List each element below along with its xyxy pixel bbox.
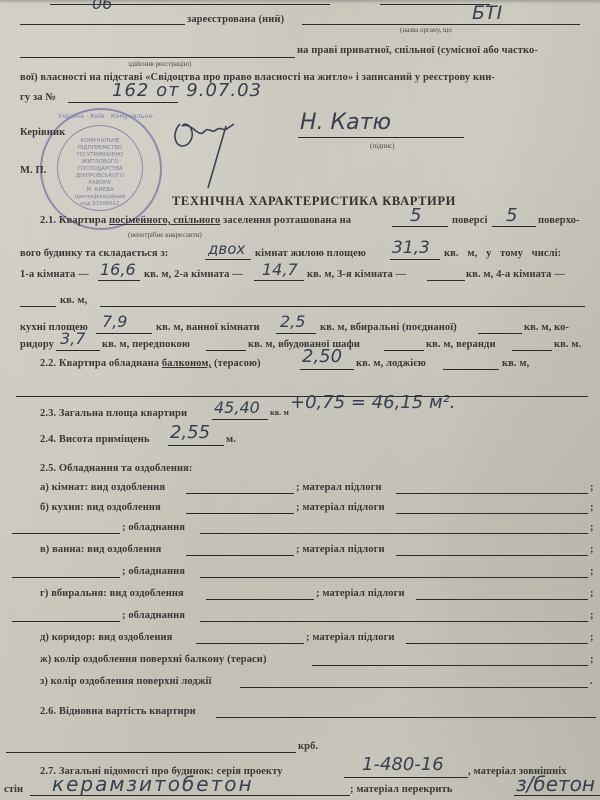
finish-line: [196, 643, 304, 644]
stamp-line: ПО УТРИМАННЮ: [64, 152, 136, 159]
loggia-unit: кв. м,: [502, 358, 529, 369]
room2-label: кв. м, 2-а кімната —: [144, 269, 243, 280]
floor-material-line: [396, 555, 588, 556]
height-unit: м.: [226, 434, 236, 445]
room2-line: [254, 280, 304, 281]
blank-line: [12, 533, 120, 534]
restore-value-label: 2.6. Відновна вартість квартири: [40, 706, 196, 717]
series-line: [344, 777, 468, 778]
stamp-text: КОМУНАЛЬНЕ ПІДПРИЄМСТВО ПО УТРИМАННЮ ЖИТ…: [64, 138, 136, 208]
project-series: 1-480-16: [362, 754, 444, 775]
row-label: б) кухня: вид оздоблення: [40, 502, 161, 513]
blank-line: [12, 577, 120, 578]
s21-line2-c: кв. м, у тому числі:: [444, 248, 561, 259]
loggia-line: [443, 369, 499, 370]
basis-text-2: і записаний у реєстрову кни-: [353, 72, 495, 83]
total-area-value: 45,40: [214, 398, 260, 417]
signature-scribble: [168, 104, 268, 194]
veranda-label: кв. м, веранди: [426, 339, 496, 350]
corridor-pre: кв. м, ко-: [524, 322, 569, 333]
row-label: ж) колір оздоблення поверхні балкону (те…: [40, 654, 267, 665]
currency-label: крб.: [298, 741, 318, 752]
room1-value: 16,6: [100, 260, 136, 279]
row-mid-label: ; обладнання: [122, 566, 185, 577]
walls-prefix: стін: [4, 784, 23, 795]
seal-label: М. П.: [20, 165, 46, 176]
room1-line: [98, 280, 140, 281]
corridor-label: ридору: [20, 339, 54, 350]
extra-line: [100, 306, 585, 307]
toilet-line: [478, 333, 522, 334]
hall-label: кв. м, передпокою: [102, 339, 190, 350]
floors-total-line: [492, 226, 536, 227]
registered-line-left: [20, 24, 185, 25]
row-mid-label: ; матеріал підлоги: [296, 544, 385, 555]
row-end: ;: [590, 482, 594, 493]
corridor-value: 3,7: [60, 329, 85, 348]
kitchen-value: 7,9: [102, 312, 127, 331]
head-label: Керівник: [20, 127, 65, 138]
signature-line: [298, 137, 464, 138]
floor-material-line: [396, 493, 588, 494]
ceiling-label: ; матеріал перекрить: [350, 784, 452, 795]
s21-line2-b: кімнат жилою площею: [255, 248, 366, 259]
registered-label: зареєстрована (ний): [187, 14, 284, 25]
stamp-line: М. КИЄВА: [64, 187, 136, 194]
s22-text-b: (терасою): [211, 358, 260, 369]
s22-text: 2.2. Квартира обладнана балконом, (терас…: [40, 358, 261, 369]
signature-hint: (підпис): [370, 142, 395, 150]
row-end: ;: [590, 522, 594, 533]
floor-material-line: [406, 643, 588, 644]
stamp-line: ідентифікаційний: [64, 194, 136, 201]
s21-underlined: посімейного, спільного: [109, 215, 220, 226]
restore-value-line: [216, 717, 596, 718]
row-mid-label: ; матеріал підлоги: [306, 632, 395, 643]
organ-hint-1: (назва органу, що: [400, 26, 452, 34]
row-mid-label: ; матеріал підлоги: [296, 502, 385, 513]
row-mid-label: ; обладнання: [122, 610, 185, 621]
top-handwritten: 06: [92, 0, 112, 13]
living-area: 31,3: [392, 238, 430, 258]
color-line: [240, 687, 588, 688]
s22-underlined: балконом,: [162, 358, 211, 369]
row-mid-label: ; матеріал підлоги: [316, 588, 405, 599]
kitchen-line: [96, 333, 152, 334]
bath-line: [276, 333, 316, 334]
organ-hint-2: здійснив реєстрацію): [128, 60, 191, 68]
height-value: 2,55: [170, 422, 210, 443]
room3-label: кв. м, 3-я кімната —: [307, 269, 406, 280]
s22-text-a: 2.2. Квартира обладнана: [40, 358, 162, 369]
book-no-line: [68, 102, 178, 103]
room4-unit: кв. м,: [60, 295, 87, 306]
equipment-line: [200, 621, 588, 622]
ownership-line: [20, 57, 295, 58]
stamp-line: ЖИТЛОВОГО ГОСПОДАРСТВА: [64, 159, 136, 173]
floors-label: поверхо-: [538, 215, 580, 226]
ceiling-material: з/бетон: [516, 772, 595, 796]
equipment-line: [200, 533, 588, 534]
row-label: а) кімнат: вид оздоблення: [40, 482, 165, 493]
ownership-text: на праві приватної, спільної (сумісної а…: [297, 45, 538, 56]
veranda-line: [512, 350, 552, 351]
corridor-line: [56, 350, 100, 351]
stamp-line: ДНІПРОВСЬКОГО РАЙОНУ: [64, 173, 136, 187]
stamp-line: КОМУНАЛЬНЕ: [64, 138, 136, 145]
floors-total-value: 5: [506, 205, 517, 226]
room3-line: [427, 280, 465, 281]
row-mid-label: ; матерал підлоги: [296, 482, 382, 493]
finish-line: [206, 599, 314, 600]
signer-name: Н. Катю: [300, 110, 391, 135]
room4-label: кв. м, 4-а кімната —: [466, 269, 565, 280]
s25-title: 2.5. Обладнання та оздоблення:: [40, 463, 193, 474]
floor-value: 5: [410, 205, 421, 226]
veranda-unit: кв. м.: [554, 339, 581, 350]
walls-material: керамзитобетон: [52, 772, 254, 796]
book-no-value: 162 от 9.07.03: [112, 80, 262, 101]
registered-by-line: [302, 24, 580, 25]
row-end: .: [590, 676, 593, 687]
floor-label: поверсі: [452, 215, 488, 226]
floor-material-line: [416, 599, 588, 600]
row-end: ;: [590, 502, 594, 513]
book-no-label: гу за №: [20, 92, 56, 103]
balcony-line: [300, 369, 354, 370]
row-label: д) коридор: вид оздоблення: [40, 632, 172, 643]
floor-line: [392, 226, 448, 227]
row-end: ;: [590, 588, 594, 599]
color-line: [312, 665, 588, 666]
room2-value: 14,7: [262, 260, 298, 279]
stamp-inner-ring: КОМУНАЛЬНЕ ПІДПРИЄМСТВО ПО УТРИМАННЮ ЖИТ…: [57, 125, 143, 211]
stamp-ring-text: Україна · Київ · Комунальне: [58, 112, 153, 120]
loggia-label: кв. м, лоджією: [356, 358, 426, 369]
living-area-line: [390, 259, 440, 260]
bath-value: 2,5: [280, 312, 305, 331]
total-area-label: 2.3. Загальна площа квартири: [40, 408, 187, 419]
s21-hint: (непотрібне викреслити): [128, 231, 202, 239]
registered-by: БТІ: [472, 2, 502, 24]
finish-line: [186, 493, 294, 494]
finish-line: [186, 513, 294, 514]
balcony-value: 2,50: [302, 346, 342, 367]
row-label: в) ванна: вид оздоблення: [40, 544, 161, 555]
row-mid-label: ; обладнання: [122, 522, 185, 533]
toilet-label: кв. м, вбиральні (поєднаної): [320, 322, 457, 333]
room4-line: [20, 306, 56, 307]
rooms-count: двох: [208, 240, 245, 258]
bath-label: кв. м, ванної кімнати: [156, 322, 260, 333]
row-label: з) колір оздоблення поверхні лоджії: [40, 676, 212, 687]
floor-material-line: [396, 513, 588, 514]
stamp-line: код 03366612: [64, 201, 136, 208]
row-end: ;: [590, 654, 594, 665]
stamp-line: ПІДПРИЄМСТВО: [64, 145, 136, 152]
total-area-extra: +0,75 = 46,15 м².: [290, 392, 455, 413]
rooms-count-line: [205, 259, 251, 260]
row-end: ;: [590, 610, 594, 621]
s21-line1: 2.1. Квартира посімейного, спільного зас…: [40, 215, 351, 226]
height-label: 2.4. Висота приміщень: [40, 434, 150, 445]
finish-line: [186, 555, 294, 556]
total-area-line: [212, 419, 268, 420]
row-end: ;: [590, 566, 594, 577]
row-end: ;: [590, 544, 594, 555]
s21-line2-a: вого будинку та складається з:: [20, 248, 168, 259]
restore-value-line-2: [6, 752, 296, 753]
row-end: ;: [590, 632, 594, 643]
total-area-unit: кв. м: [270, 408, 289, 417]
hall-line: [206, 350, 246, 351]
room1-label: 1-а кімната —: [20, 269, 89, 280]
row-label: г) вбиральня: вид оздоблення: [40, 588, 184, 599]
s21-text-b: заселення розташована на: [220, 215, 351, 226]
height-line: [168, 445, 224, 446]
s21-text-a: 2.1. Квартира: [40, 215, 109, 226]
equipment-line: [200, 577, 588, 578]
blank-line: [12, 621, 120, 622]
closet-line: [384, 350, 424, 351]
